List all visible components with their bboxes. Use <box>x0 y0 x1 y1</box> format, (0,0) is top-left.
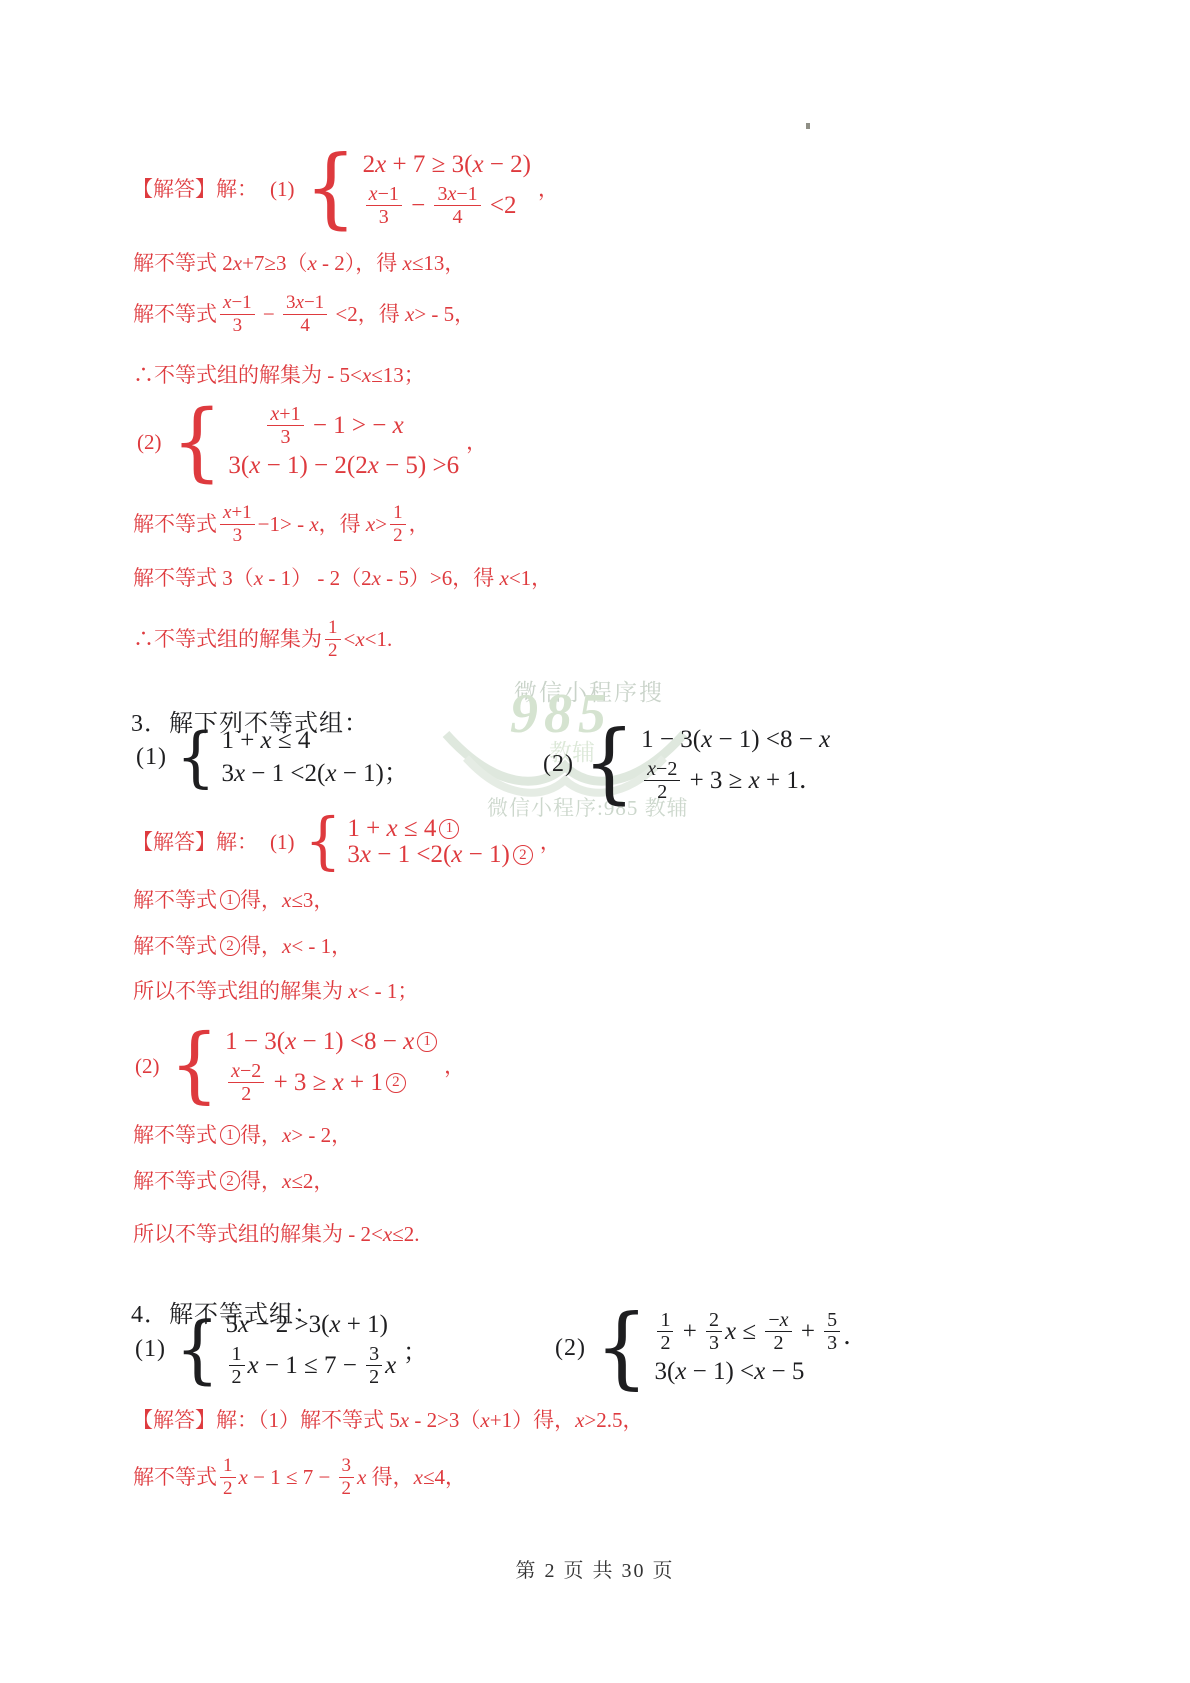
punctuation: ， <box>540 829 561 855</box>
answer-label: 【解答】解： <box>132 829 258 855</box>
punctuation: ， <box>444 1053 465 1079</box>
math-text: <2 <box>484 191 517 221</box>
system-row: x−22 + 3 ≥ x + 12 <box>225 1060 406 1106</box>
fraction: 3x−14 <box>283 292 327 336</box>
fraction-denominator: 3 <box>377 206 391 228</box>
solution2-part1-line: 【解答】解： (1) { 2x + 7 ≥ 3(x − 2) x−13 − 3x… <box>132 150 559 228</box>
math-text: x − 1 ≤ 7 − <box>248 1351 364 1381</box>
math-text: 1 − 3(x − 1) <8 − x <box>641 725 830 755</box>
step-circle-1: 1 <box>417 1032 437 1052</box>
page-number-label: 第 2 页 共 30 页 <box>516 1560 675 1582</box>
solution-text: 得，x≤3， <box>240 887 334 913</box>
step-circle-2: 2 <box>220 936 240 956</box>
solution3-conclusion2: 所以不等式组的解集为 - 2<x≤2. <box>133 1221 419 1247</box>
system-row: 12 + 23 x ≤ −x2 + 53 ． <box>654 1309 868 1355</box>
punctuation: ． <box>843 1322 868 1352</box>
part2-marker: (2) <box>555 1335 586 1362</box>
fraction: x−22 <box>228 1060 264 1106</box>
math-text: 3x − 1 <2(x − 1) <box>347 842 509 868</box>
inequality-system: { 5x − 2 >3(x + 1) 12 x − 1 ≤ 7 − 32 x <box>175 1310 396 1389</box>
system-row: 5x − 2 >3(x + 1) <box>226 1310 388 1340</box>
system-row: 2x + 7 ≥ 3(x − 2) <box>363 150 531 180</box>
fraction-numerator: 3x−1 <box>283 292 327 314</box>
problem4-part1: (1) { 5x − 2 >3(x + 1) 12 x − 1 ≤ 7 − 32… <box>135 1314 428 1384</box>
fraction: 12 <box>229 1343 245 1389</box>
solution-text: 得，x≤2， <box>240 1168 334 1194</box>
worksheet-page: 微信小程序搜 985 教辅 微信小程序:985 教辅 【解答】解： (1) { … <box>0 0 1190 1683</box>
math-text: 2x + 7 ≥ 3(x − 2) <box>363 150 531 180</box>
left-brace: { <box>583 724 635 804</box>
punctuation: ， <box>409 511 430 537</box>
part2-marker: (2) <box>137 429 162 455</box>
fraction-numerator: −x <box>765 1309 791 1332</box>
solution3-part2-line: (2) { 1 − 3(x − 1) <8 − x1 x−22 + 3 ≥ x … <box>135 1028 465 1104</box>
left-brace: { <box>305 149 357 229</box>
fraction-denominator: 3 <box>707 1332 721 1354</box>
math-text: x − 1 ≤ 7 − <box>239 1464 336 1490</box>
fraction-denominator: 2 <box>658 1332 672 1354</box>
fraction: 53 <box>824 1309 840 1355</box>
fraction-denominator: 4 <box>451 206 465 228</box>
system-row: 3x − 1 <2(x − 1)； <box>221 759 408 789</box>
left-brace: { <box>305 814 342 871</box>
problem4-part2: (2) { 12 + 23 x ≤ −x2 + 53 ． 3(x − 1) <x… <box>555 1306 868 1390</box>
fraction: 32 <box>366 1343 382 1389</box>
punctuation: ， <box>466 429 487 455</box>
solution-text: 解不等式 <box>133 933 217 959</box>
fraction-denominator: 3 <box>231 525 245 546</box>
answer-label: 【解答】解： <box>132 176 258 202</box>
solution-text: 解不等式 <box>133 887 217 913</box>
problem3-part2: (2) { 1 − 3(x − 1) <8 − x x−22 + 3 ≥ x +… <box>543 724 830 804</box>
math-text: 1 − 3(x − 1) <8 − x <box>225 1027 414 1057</box>
system-row: x+13 − 1 > − x <box>264 403 403 449</box>
fraction-denominator: 2 <box>340 1478 354 1499</box>
fraction-numerator: 1 <box>390 502 406 524</box>
solution-text: 解不等式 <box>133 301 217 327</box>
solution-text: 解不等式 <box>133 1122 217 1148</box>
math-text: 5x − 2 >3(x + 1) <box>226 1310 388 1340</box>
math-text: − <box>405 191 432 221</box>
math-text: + 3 ≥ x + 1 <box>683 766 799 796</box>
fraction: 12 <box>390 502 406 546</box>
solution-text: 解不等式 <box>133 1168 217 1194</box>
solution3-step3: 解不等式1得，x> - 2， <box>133 1122 352 1148</box>
punctuation: ； <box>384 759 409 789</box>
fraction-denominator: 3 <box>825 1332 839 1354</box>
fraction-numerator: 2 <box>706 1309 722 1332</box>
fraction-denominator: 3 <box>278 426 292 448</box>
fraction: x−13 <box>220 292 255 336</box>
step-circle-1: 1 <box>220 890 240 910</box>
left-brace: { <box>170 1028 220 1104</box>
fraction-numerator: 3x−1 <box>434 183 480 206</box>
left-brace: { <box>595 1307 648 1389</box>
fraction: 12 <box>657 1309 673 1355</box>
step-circle-1: 1 <box>439 819 459 839</box>
solution-text: 所以不等式组的解集为 - 2<x≤2. <box>133 1222 419 1246</box>
fraction-numerator: x−1 <box>220 292 255 314</box>
fraction: x+13 <box>267 403 303 449</box>
stray-mark <box>806 123 810 129</box>
part2-marker: (2) <box>135 1053 160 1079</box>
solution-text: x 得，x≤4， <box>357 1464 466 1490</box>
part2-marker: (2) <box>543 751 574 778</box>
fraction-numerator: 1 <box>220 1455 236 1477</box>
fraction-denominator: 2 <box>391 525 405 546</box>
fraction-numerator: x+1 <box>267 403 303 426</box>
system-row: x−13 − 3x−14 <2 <box>363 183 517 229</box>
system-row: 1 + x ≤ 41 <box>347 816 459 842</box>
solution2-step3: 解不等式 x+13 −1> - x，得 x> 12 ， <box>133 500 430 548</box>
solution2-step2: 解不等式 x−13 − 3x−14 <2，得 x> - 5， <box>133 291 475 337</box>
math-text: 1 + x ≤ 4 <box>221 726 310 756</box>
step-circle-1: 1 <box>220 1125 240 1145</box>
fraction: 12 <box>220 1455 236 1499</box>
fraction-numerator: 1 <box>657 1309 673 1332</box>
fraction-numerator: x−1 <box>366 183 402 206</box>
punctuation: ， <box>538 176 559 202</box>
system-row: 3(x − 1) − 2(2x − 5) >6 <box>228 451 459 481</box>
system-row: 3x − 1 <2(x − 1)2 <box>347 842 532 868</box>
left-brace: { <box>172 403 223 481</box>
fraction-denominator: 2 <box>239 1083 253 1105</box>
solution-text: <2，得 x> - 5， <box>330 301 475 327</box>
solution-text: 所以不等式组的解集为 x< - 1； <box>133 979 418 1003</box>
solution3-conclusion1: 所以不等式组的解集为 x< - 1； <box>133 978 418 1004</box>
solution-text: <x<1. <box>344 626 393 652</box>
fraction-numerator: 3 <box>339 1455 355 1477</box>
math-text: 3(x − 1) <x − 5 <box>654 1357 804 1387</box>
math-text: 3(x − 1) − 2(2x − 5) >6 <box>228 451 459 481</box>
system-row: 12 x − 1 ≤ 7 − 32 x <box>226 1343 397 1389</box>
solution-text: 解不等式 3（x - 1） - 2（2x - 5）>6，得 x<1， <box>133 566 552 590</box>
solution-text: 得，x> - 2， <box>240 1122 352 1148</box>
fraction-denominator: 2 <box>230 1366 244 1388</box>
solution-text: −1> - x，得 x> <box>258 511 387 537</box>
part1-marker: (1) <box>270 176 295 202</box>
fraction: x−13 <box>366 183 402 229</box>
fraction-numerator: 1 <box>229 1343 245 1366</box>
fraction-numerator: x−2 <box>228 1060 264 1083</box>
fraction: x+13 <box>220 502 255 546</box>
fraction-denominator: 2 <box>771 1332 785 1354</box>
solution-text: 解不等式 <box>133 1464 217 1490</box>
system-row: x−22 + 3 ≥ x + 1 ． <box>641 758 824 804</box>
fraction-denominator: 3 <box>231 315 245 336</box>
solution4-step1: 【解答】解：（1）解不等式 5x - 2>3（x+1）得，x>2.5， <box>132 1407 644 1433</box>
system-row: 1 − 3(x − 1) <8 − x1 <box>225 1027 437 1057</box>
math-text: x <box>385 1351 396 1381</box>
fraction-numerator: x+1 <box>220 502 255 524</box>
inequality-system: { 2x + 7 ≥ 3(x − 2) x−13 − 3x−14 <2 <box>305 150 531 229</box>
fraction: 32 <box>339 1455 355 1499</box>
solution-text: 【解答】解：（1）解不等式 5x - 2>3（x+1）得，x>2.5， <box>132 1408 644 1432</box>
solution2-part2-line: (2) { x+13 − 1 > − x 3(x − 1) − 2(2x − 5… <box>137 402 487 482</box>
step-circle-2: 2 <box>386 1073 406 1093</box>
solution3-step1: 解不等式1得，x≤3， <box>133 887 334 913</box>
inequality-system: { 1 + x ≤ 41 3x − 1 <2(x − 1)2 <box>305 815 533 868</box>
left-brace: { <box>175 1315 220 1383</box>
solution2-step1: 解不等式 2x+7≥3（x - 2），得 x≤13， <box>133 250 465 276</box>
part1-marker: (1) <box>136 744 167 771</box>
problem3-part1: (1) { 1 + x ≤ 4 3x − 1 <2(x − 1)； <box>136 727 409 787</box>
math-text: + <box>676 1317 703 1347</box>
fraction-denominator: 4 <box>298 315 312 336</box>
part1-marker: (1) <box>135 1336 166 1363</box>
fraction: x−22 <box>644 758 680 804</box>
math-text: + <box>795 1317 822 1347</box>
solution2-conclusion2: ∴不等式组的解集为 12 <x<1. <box>133 615 392 663</box>
fraction-denominator: 2 <box>221 1478 235 1499</box>
solution3-step4: 解不等式2得，x≤2， <box>133 1168 334 1194</box>
fraction-denominator: 2 <box>655 781 669 803</box>
inequality-system: { 12 + 23 x ≤ −x2 + 53 ． 3(x − 1) <x − 5 <box>595 1309 868 1388</box>
fraction: −x2 <box>765 1309 791 1355</box>
math-text: − 1 > − x <box>307 411 404 441</box>
solution-text: 解不等式 <box>133 511 217 537</box>
system-row: 1 − 3(x − 1) <8 − x <box>641 725 830 755</box>
step-circle-2: 2 <box>513 845 533 865</box>
solution3-part1-line: 【解答】解： (1) { 1 + x ≤ 41 3x − 1 <2(x − 1)… <box>132 813 561 871</box>
math-text: − <box>258 301 280 327</box>
fraction-denominator: 2 <box>367 1366 381 1388</box>
solution-text: ∴不等式组的解集为 - 5<x≤13； <box>133 363 425 387</box>
inequality-system: { 1 + x ≤ 4 3x − 1 <2(x − 1)； <box>176 726 409 789</box>
fraction-numerator: 1 <box>325 617 341 639</box>
solution4-step2: 解不等式 12 x − 1 ≤ 7 − 32 x 得，x≤4， <box>133 1452 466 1502</box>
punctuation: ． <box>799 766 824 796</box>
fraction-numerator: 5 <box>824 1309 840 1332</box>
system-row: 3(x − 1) <x − 5 <box>654 1357 804 1387</box>
solution-text: ∴不等式组的解集为 <box>133 626 322 652</box>
page-footer: 第 2 页 共 30 页 <box>0 1554 1190 1583</box>
math-text: x ≤ <box>725 1317 762 1347</box>
math-text: + 3 ≥ x + 1 <box>267 1068 383 1098</box>
system-row: 1 + x ≤ 4 <box>221 726 310 756</box>
fraction: 23 <box>706 1309 722 1355</box>
step-circle-2: 2 <box>220 1171 240 1191</box>
part1-marker: (1) <box>270 829 295 855</box>
fraction: 3x−14 <box>434 183 480 229</box>
solution3-step2: 解不等式2得，x< - 1， <box>133 933 352 959</box>
punctuation: ； <box>403 1332 428 1367</box>
solution2-conclusion1: ∴不等式组的解集为 - 5<x≤13； <box>133 362 425 388</box>
inequality-system: { x+13 − 1 > − x 3(x − 1) − 2(2x − 5) >6 <box>172 403 460 482</box>
solution-text: 解不等式 2x+7≥3（x - 2），得 x≤13， <box>133 251 465 275</box>
fraction: 12 <box>325 617 341 661</box>
math-text: 1 + x ≤ 4 <box>347 816 436 842</box>
solution2-step4: 解不等式 3（x - 1） - 2（2x - 5）>6，得 x<1， <box>133 565 552 591</box>
solution-text: 得，x< - 1， <box>240 933 352 959</box>
fraction-numerator: 3 <box>366 1343 382 1366</box>
math-text: 3x − 1 <2(x − 1) <box>221 759 383 789</box>
fraction-denominator: 2 <box>326 640 340 661</box>
inequality-system: { 1 − 3(x − 1) <8 − x1 x−22 + 3 ≥ x + 12 <box>170 1027 438 1106</box>
fraction-numerator: x−2 <box>644 758 680 781</box>
inequality-system: { 1 − 3(x − 1) <8 − x x−22 + 3 ≥ x + 1 ． <box>583 725 830 804</box>
left-brace: { <box>176 727 215 787</box>
